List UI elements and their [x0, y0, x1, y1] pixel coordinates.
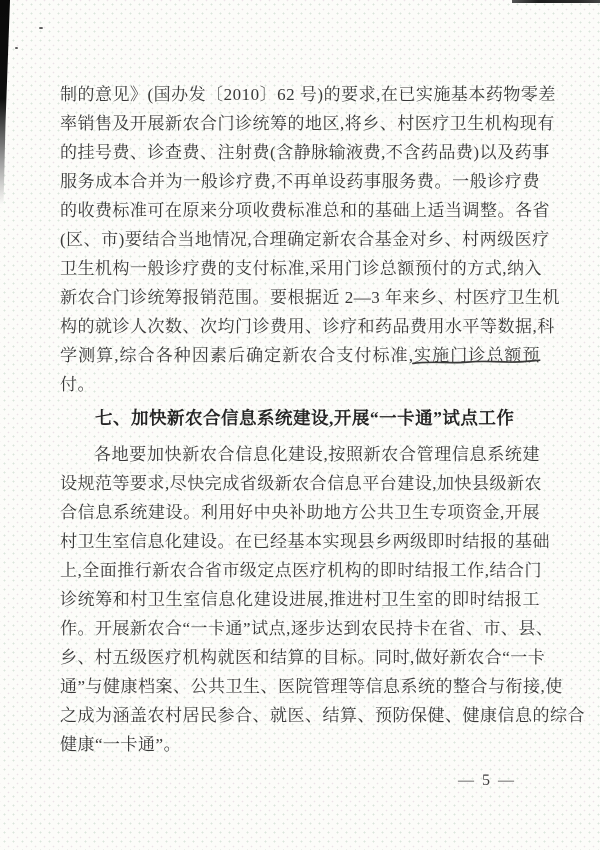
scan-speck [39, 27, 43, 29]
text-line: 构的就诊人次数、次均门诊费用、诊疗和药品费用水平等数据,科 [60, 312, 540, 341]
text-line: 乡、村五级医疗机构就医和结算的目标。同时,做好新农合“一卡 [60, 643, 540, 672]
text-line: 之成为涵盖农村居民参合、就医、结算、预防保健、健康信息的综合 [60, 701, 540, 730]
text-line: 制的意见》(国办发〔2010〕62 号)的要求,在已实施基本药物零差 [60, 80, 540, 109]
page-number: — 5 — [458, 770, 516, 792]
text-line: 诊统筹和村卫生室信息化建设进展,推进村卫生室的即时结报工 [60, 585, 540, 614]
text-line: 作。开展新农合“一卡通”试点,逐步达到农民持卡在省、市、县、 [60, 614, 540, 643]
text-line: 的收费标准可在原来分项收费标准总和的基础上适当调整。各省 [60, 196, 540, 225]
text-line: 上,全面推行新农合省市级定点医疗机构的即时结报工作,结合门 [60, 556, 540, 585]
scan-speck [15, 47, 18, 49]
text-line: 付。 [60, 370, 540, 399]
hand-underlined-text: 实施门诊总额预 [413, 346, 540, 365]
scan-edge-artifact-left [0, 0, 10, 205]
hand-drawn-underline [411, 357, 542, 366]
scanned-document-page: 制的意见》(国办发〔2010〕62 号)的要求,在已实施基本药物零差 率销售及开… [0, 0, 600, 850]
text-line: 村卫生室信息化建设。在已经基本实现县乡两级即时结报的基础 [60, 527, 540, 556]
text-line: 通”与健康档案、公共卫生、医院管理等信息系统的整合与衔接,使 [60, 672, 540, 701]
text-line: 服务成本合并为一般诊疗费,不再单设药事服务费。一般诊疗费 [60, 167, 540, 196]
text-line: 设规范等要求,尽快完成省级新农合信息平台建设,加快县级新农 [60, 469, 540, 498]
text-line: 卫生机构一般诊疗费的支付标准,采用门诊总额预付的方式,纳入 [60, 254, 540, 283]
text-line: 健康“一卡通”。 [60, 730, 540, 759]
text-segment: 学测算,综合各种因素后确定新农合支付标准, [60, 346, 413, 365]
text-line: 率销售及开展新农合门诊统筹的地区,将乡、村医疗卫生机构现有 [60, 109, 540, 138]
scan-edge-artifact-top-right [512, 0, 600, 3]
text-line-with-underline: 学测算,综合各种因素后确定新农合支付标准,实施门诊总额预 [60, 341, 540, 370]
text-line: 合信息系统建设。利用好中央补助地方公共卫生专项资金,开展 [60, 498, 540, 527]
text-line: 的挂号费、诊查费、注射费(含静脉输液费,不含药品费)以及药事 [60, 138, 540, 167]
text-line: (区、市)要结合当地情况,合理确定新农合基金对乡、村两级医疗 [60, 225, 540, 254]
document-body: 制的意见》(国办发〔2010〕62 号)的要求,在已实施基本药物零差 率销售及开… [60, 80, 540, 759]
section-heading: 七、加快新农合信息系统建设,开展“一卡通”试点工作 [60, 404, 540, 433]
text-line: 各地要加快新农合信息化建设,按照新农合管理信息系统建 [60, 440, 540, 469]
text-line: 新农合门诊统筹报销范围。要根据近 2—3 年来乡、村医疗卫生机 [60, 283, 540, 312]
